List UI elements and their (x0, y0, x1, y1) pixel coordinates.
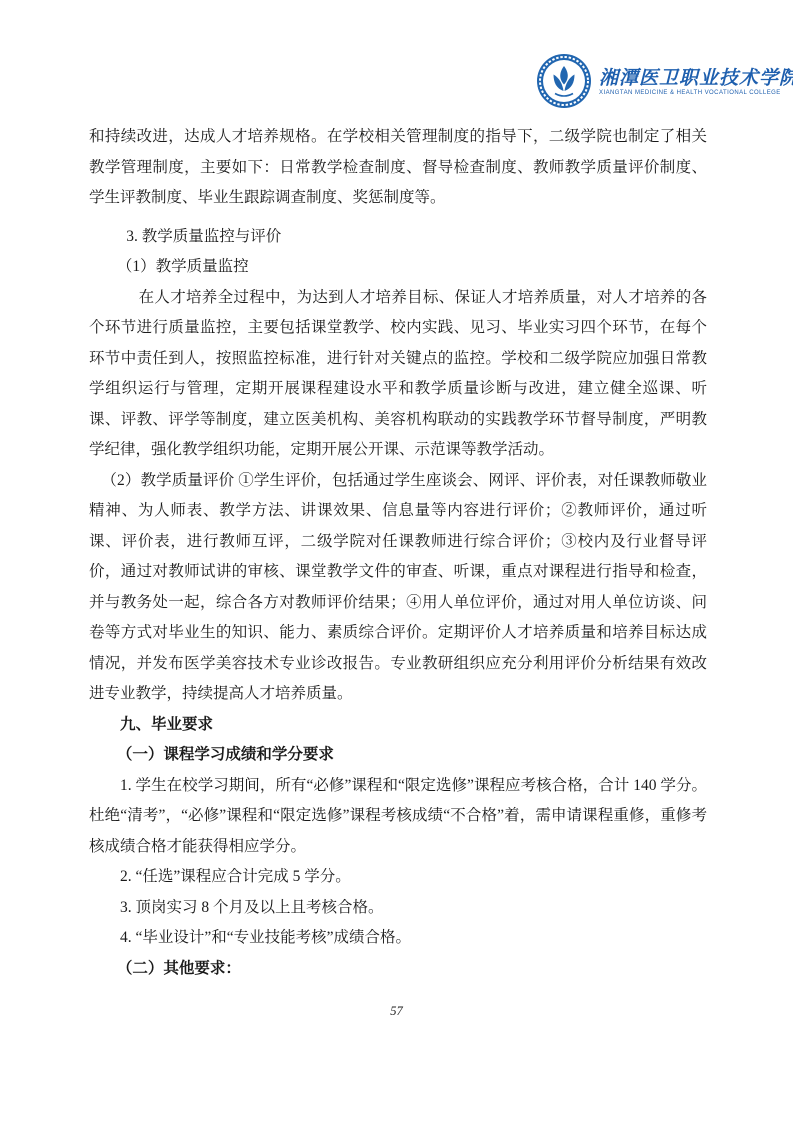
document-body: 和持续改进，达成人才培养规格。在学校相关管理制度的指导下，二级学院也制定了相关教… (89, 122, 707, 984)
subheading-teaching-quality-monitoring: （1）教学质量监控 (89, 252, 707, 283)
college-name-chinese: 湘潭医卫职业技术学院 (599, 67, 793, 89)
list-item-credit-requirement-1: 1. 学生在校学习期间，所有“必修”课程和“限定选修”课程应考核合格，合计 14… (89, 771, 707, 863)
college-name-english: XIANGTAN MEDICINE & HEALTH VOCATIONAL CO… (599, 90, 793, 96)
college-emblem-icon (536, 53, 592, 109)
college-logo: 湘潭医卫职业技术学院 XIANGTAN MEDICINE & HEALTH VO… (536, 53, 793, 109)
heading-teaching-quality-monitoring-and-evaluation: 3. 教学质量监控与评价 (89, 222, 707, 253)
college-logo-text: 湘潭医卫职业技术学院 XIANGTAN MEDICINE & HEALTH VO… (599, 67, 793, 96)
paragraph-management-systems-continuation: 和持续改进，达成人才培养规格。在学校相关管理制度的指导下，二级学院也制定了相关教… (89, 122, 707, 214)
list-item-internship-3: 3. 顶岗实习 8 个月及以上且考核合格。 (89, 893, 707, 924)
document-page: 湘潭医卫职业技术学院 XIANGTAN MEDICINE & HEALTH VO… (0, 0, 793, 1122)
page-number: 57 (0, 1004, 793, 1019)
subheading-course-grades-and-credit-requirements: （一）课程学习成绩和学分要求 (89, 740, 707, 771)
list-item-elective-credits-2: 2. “任选”课程应合计完成 5 学分。 (89, 862, 707, 893)
heading-section-nine-graduation-requirements: 九、毕业要求 (89, 710, 707, 741)
paragraph-quality-monitoring-process: 在人才培养全过程中，为达到人才培养目标、保证人才培养质量，对人才培养的各个环节进… (89, 283, 707, 466)
subheading-other-requirements: （二）其他要求： (89, 954, 707, 985)
list-item-graduation-design-4: 4. “毕业设计”和“专业技能考核”成绩合格。 (89, 923, 707, 954)
paragraph-teaching-quality-evaluation: （2）教学质量评价 ①学生评价，包括通过学生座谈会、网评、评价表，对任课教师敬业… (89, 466, 707, 710)
